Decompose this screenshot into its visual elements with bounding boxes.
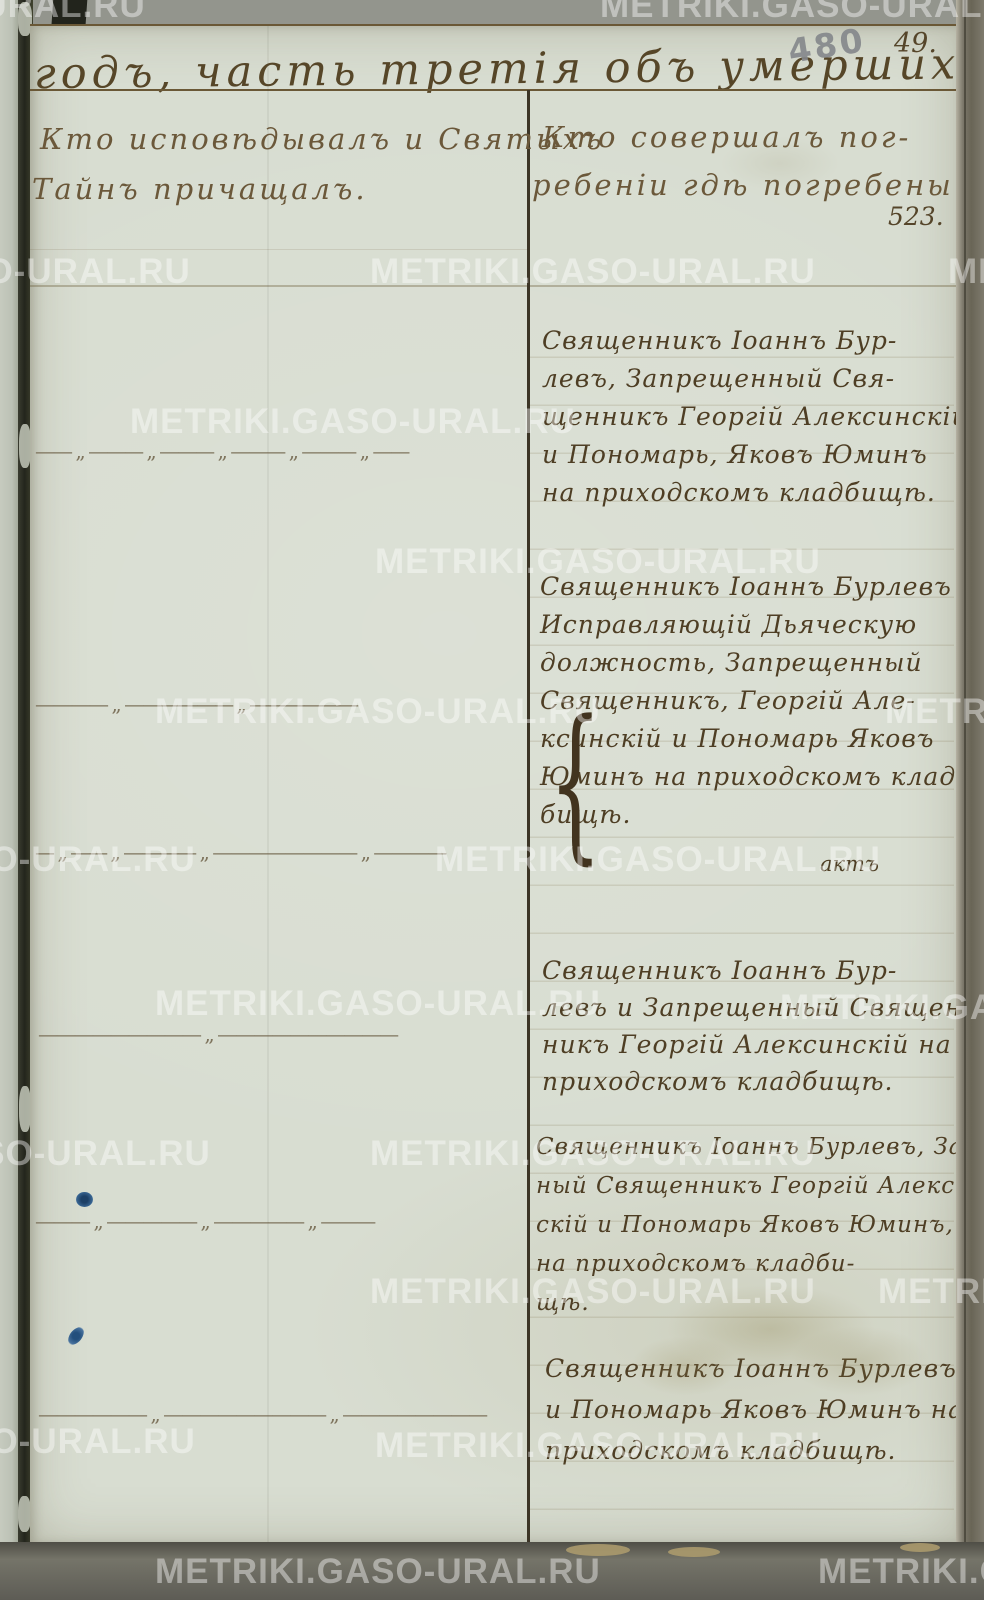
entry-line: и Пономарь, Яковъ Юминъ [542,436,969,474]
entry-line: и Пономарь Яковъ Юминъ на [545,1389,964,1430]
ditto-line: ———— „ —————— „ —————— [35,692,473,716]
paper-chip [668,1547,720,1557]
entry-count-number: 523. [888,202,944,231]
ditto-line: ————————— „ —————————— [38,1022,526,1046]
entry-line: приходскомъ кладбищѣ. [545,1430,964,1471]
entry-line: левъ и Запрещенный Священ- [542,989,971,1026]
ditto-line: —— „ ——— „ ——— „ ——— „ ——— „ —— [35,439,513,463]
stain [720,136,840,191]
entry-line: ный Священникъ Георгій Алексин- [536,1167,984,1206]
entry-line: Юминъ на приходскомъ клад- [540,758,966,796]
ditto-line: —————— „ ————————— „ ———————— [38,1402,506,1426]
entry-line: на приходскомъ кладби- [536,1245,984,1284]
entry-line: левъ, Запрещенный Свя- [542,360,969,398]
entry-line: Священникъ Іоаннъ Бурлевъ, Запрещен- [536,1128,984,1167]
page-stack-edge [956,0,984,1600]
ink-folio-number: 49. [894,28,937,59]
confession-column-header-line1: Кто исповѣдывалъ и Святыхъ [40,122,604,156]
entry-line: Исправляющій Дьяческую [540,606,966,644]
confession-column-header-line2: Тайнъ причащалъ. [32,172,368,206]
burial-entry-1: Священникъ Іоаннъ Бур-левъ, Запрещенный … [542,322,969,512]
entry-line: на приходскомъ кладбищѣ. [542,474,969,512]
entry-line: Священникъ Іоаннъ Бур- [542,322,969,360]
previous-page-edge [0,0,20,1600]
document-page: годъ, часть третія объ умершихъ. Кто исп… [30,24,960,1544]
page-crease [267,26,269,1544]
watermark-text: METRIKI.GASO-URAL.RU [600,0,984,26]
entry-line: ксинскій и Пономарь Яковъ [540,720,966,758]
stain [790,1326,930,1396]
entry-line: должность, Запрещенный [540,644,966,682]
paper-chip [566,1544,630,1556]
entry-line: никъ Георгій Алексинскій на [542,1026,971,1063]
burial-entry-2: Священникъ Іоаннъ БурлевъИсправляющій Дь… [540,568,966,834]
ditto-line: — „ —— „ ———— „ ———————— „ ———— [35,840,529,864]
entry-line: приходскомъ кладбищѣ. [542,1063,971,1100]
entry-line: щенникъ Георгій Алексинскій [542,398,969,436]
entry-line: Священникъ, Георгій Але- [540,682,966,720]
header-rule [30,89,958,91]
scan-bottom-edge [0,1542,984,1600]
brace-mark: { [549,698,602,866]
ink-blot [65,1324,87,1347]
burial-entry-3: Священникъ Іоаннъ Бур-левъ и Запрещенный… [542,952,971,1100]
marginal-note: актъ [820,852,879,876]
archival-scan: годъ, часть третія объ умершихъ. Кто исп… [0,0,984,1600]
entry-line: Священникъ Іоаннъ Бурлевъ [540,568,966,606]
stain [630,1336,740,1396]
entry-line: бищѣ. [540,796,966,834]
header-bottom-rule [30,285,958,287]
ditto-line: ——— „ ————— „ ————— „ ——— [35,1209,503,1233]
faint-guide-line [30,249,530,250]
paper-chip [900,1543,940,1552]
entry-line: скій и Пономарь Яковъ Юминъ, [536,1206,984,1245]
ink-blot [76,1192,93,1207]
entry-line: Священникъ Іоаннъ Бур- [542,952,971,989]
burial-column-header-line1: Кто совершалъ пог- [542,120,911,154]
